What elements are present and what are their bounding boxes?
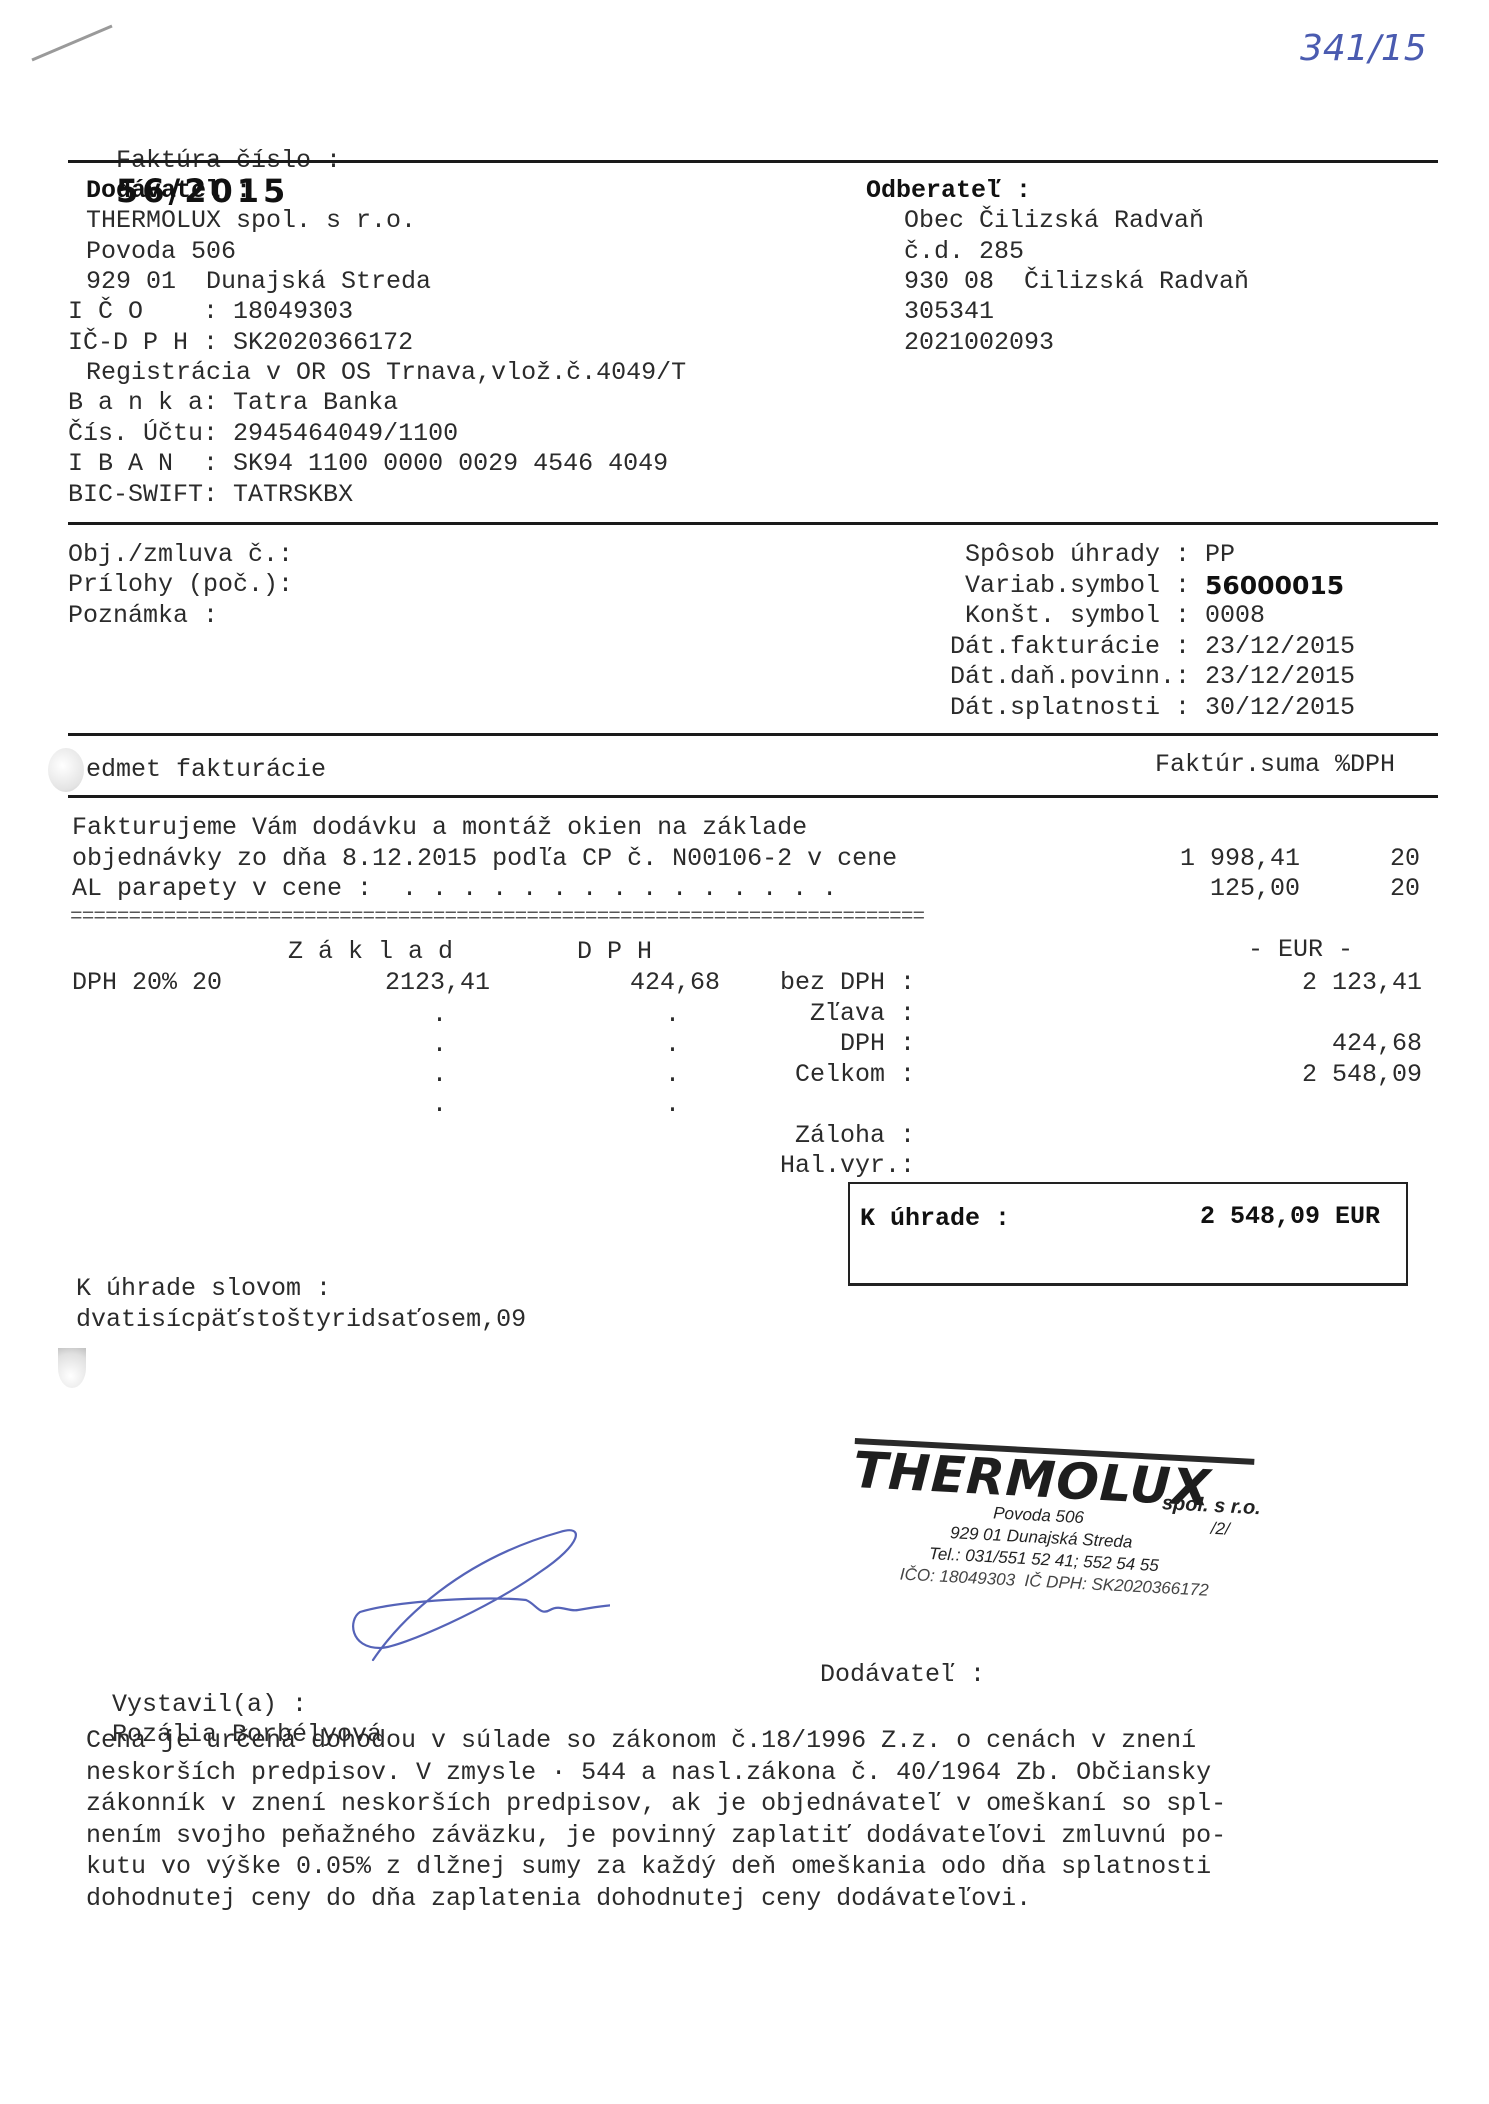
supplier-signature-label: Dodávateľ : <box>820 1660 985 1690</box>
attachments-label: Prílohy (poč.): <box>68 570 293 600</box>
item-description: objednávky zo dňa 8.12.2015 podľa CP č. … <box>72 844 897 874</box>
item-amount: 125,00 <box>1150 874 1300 904</box>
supplier-street: Povoda 506 <box>86 237 236 267</box>
supplier-ico: I Č O : 18049303 <box>68 297 353 327</box>
totals-label: Zľava : <box>700 999 915 1029</box>
supplier-iban-value: SK94 1100 0000 0029 4546 4049 <box>233 449 668 478</box>
supplier-account-label: Čís. Účtu: <box>68 419 218 448</box>
items-subject-header: edmet fakturácie <box>86 755 326 785</box>
legal-text-line: Cena je určená dohodou v súlade so zákon… <box>86 1725 1226 1757</box>
payment-info-label: Dát.splatnosti : <box>760 693 1190 723</box>
amount-due-label: K úhrade : <box>860 1204 1010 1234</box>
currency-header: - EUR - <box>1248 935 1353 965</box>
totals-label: Celkom : <box>700 1060 915 1090</box>
payment-info-value: 56000015 <box>1205 571 1344 601</box>
amount-due-value: 2 548,09 EUR <box>1080 1202 1380 1232</box>
supplier-registration: Registrácia v OR OS Trnava,vlož.č.4049/T <box>86 358 686 388</box>
amount-due-box: K úhrade : 2 548,09 EUR <box>848 1182 1408 1286</box>
supplier-bank-value: Tatra Banka <box>233 388 398 417</box>
payment-info-label: Dát.daň.povinn.: <box>760 662 1190 692</box>
totals-value: 424,68 <box>1200 1029 1422 1059</box>
payment-info-label: Spôsob úhrady : <box>760 540 1190 570</box>
placeholder-dot: . <box>665 1060 680 1090</box>
supplier-account: Čís. Účtu: 2945464049/1100 <box>68 419 458 449</box>
payment-info-label: Dát.fakturácie : <box>760 632 1190 662</box>
legal-text-line: zákonník v znení neskorších predpisov, a… <box>86 1788 1226 1820</box>
totals-value: 2 123,41 <box>1200 968 1422 998</box>
supplier-icdph-value: SK2020366172 <box>233 328 413 357</box>
supplier-icdph: IČ-D P H : SK2020366172 <box>68 328 413 358</box>
item-vat-rate: 20 <box>1360 874 1420 904</box>
supplier-bic-value: TATRSKBX <box>233 480 353 509</box>
amount-in-words-value: dvatisícpäťstoštyridsaťosem,09 <box>76 1305 526 1335</box>
legal-text-line: dohodnutej ceny do dňa zaplatenia dohodn… <box>86 1883 1226 1915</box>
totals-label: DPH : <box>700 1029 915 1059</box>
issued-by-label: Vystavil(a) : <box>112 1690 307 1719</box>
divider-rule <box>68 522 1438 525</box>
legal-text-line: neskorších predpisov. V zmysle · 544 a n… <box>86 1757 1226 1789</box>
vat-row-label: DPH 20% 20 <box>72 968 222 998</box>
legal-terms: Cena je určená dohodou v súlade so zákon… <box>86 1725 1226 1914</box>
supplier-ico-value: 18049303 <box>233 297 353 326</box>
payment-info-value: 23/12/2015 <box>1205 662 1355 692</box>
item-description: Fakturujeme Vám dodávku a montáž okien n… <box>72 813 807 843</box>
hole-punch-mark <box>58 1348 86 1388</box>
item-description: AL parapety v cene : . . . . . . . . . .… <box>72 874 837 904</box>
legal-text-line: nením svojho peňažného záväzku, je povin… <box>86 1820 1226 1852</box>
note-label: Poznámka : <box>68 601 218 631</box>
placeholder-dot: . <box>665 1000 680 1030</box>
payment-info-label: Konšt. symbol : <box>760 601 1190 631</box>
customer-street: č.d. 285 <box>904 237 1024 267</box>
supplier-ico-label: I Č O : <box>68 297 218 326</box>
customer-dic: 2021002093 <box>904 328 1054 358</box>
stamp-code: /2/ <box>1210 1519 1230 1540</box>
item-amount: 1 998,41 <box>1150 844 1300 874</box>
signature <box>340 1520 610 1670</box>
legal-text-line: kutu vo výške 0.05% z dlžnej sumy za kaž… <box>86 1851 1226 1883</box>
payment-info-value: 30/12/2015 <box>1205 693 1355 723</box>
customer-ico: 305341 <box>904 297 994 327</box>
vat-row-vat: 424,68 <box>570 968 720 998</box>
totals-label: bez DPH : <box>700 968 915 998</box>
divider-rule <box>68 160 1438 163</box>
totals-label: Záloha : <box>700 1121 915 1151</box>
supplier-bank: B a n k a: Tatra Banka <box>68 388 398 418</box>
payment-info-value: 23/12/2015 <box>1205 632 1355 662</box>
stamp-street: Povoda 506 <box>993 1503 1085 1528</box>
totals-label: Hal.vyr.: <box>700 1151 915 1181</box>
payment-info-label: Variab.symbol : <box>760 571 1190 601</box>
supplier-bic-label: BIC-SWIFT: <box>68 480 218 509</box>
placeholder-dot: . <box>432 1090 447 1120</box>
totals-value: 2 548,09 <box>1200 1060 1422 1090</box>
supplier-bank-label: B a n k a: <box>68 388 218 417</box>
supplier-name: THERMOLUX spol. s r.o. <box>86 206 416 236</box>
hole-punch-mark <box>48 748 84 792</box>
payment-info-value: 0008 <box>1205 601 1265 631</box>
supplier-icdph-label: IČ-D P H : <box>68 328 218 357</box>
placeholder-dot: . <box>432 1000 447 1030</box>
vat-amount-header: D P H <box>577 937 652 967</box>
company-stamp: THERMOLUX spol. s r.o. Povoda 506 /2/ 92… <box>847 1438 1294 1611</box>
items-amount-vat-header: Faktúr.suma %DPH <box>1155 750 1395 780</box>
placeholder-dot: . <box>432 1060 447 1090</box>
contract-label: Obj./zmluva č.: <box>68 540 293 570</box>
divider-rule <box>68 795 1438 798</box>
supplier-city: 929 01 Dunajská Streda <box>86 267 431 297</box>
vat-row-base: 2123,41 <box>340 968 490 998</box>
supplier-heading: Dodávateľ : <box>86 176 251 206</box>
payment-info-value: PP <box>1205 540 1235 570</box>
customer-heading: Odberateľ : <box>866 176 1031 206</box>
placeholder-dot: . <box>665 1030 680 1060</box>
stamp-suffix: spol. s r.o. <box>1161 1492 1261 1520</box>
supplier-iban-label: I B A N : <box>68 449 218 478</box>
double-separator: ========================================… <box>70 903 924 933</box>
amount-in-words-label: K úhrade slovom : <box>76 1274 331 1304</box>
placeholder-dot: . <box>432 1030 447 1060</box>
supplier-iban: I B A N : SK94 1100 0000 0029 4546 4049 <box>68 449 668 479</box>
item-vat-rate: 20 <box>1360 844 1420 874</box>
supplier-account-value: 2945464049/1100 <box>233 419 458 448</box>
customer-city: 930 08 Čilizská Radvaň <box>904 267 1249 297</box>
divider-rule <box>68 733 1438 736</box>
customer-name: Obec Čilizská Radvaň <box>904 206 1204 236</box>
supplier-bic: BIC-SWIFT: TATRSKBX <box>68 480 353 510</box>
vat-base-header: Z á k l a d <box>288 937 453 967</box>
placeholder-dot: . <box>665 1090 680 1120</box>
pen-mark <box>28 18 118 63</box>
handwritten-reference-note: 341/15 <box>1300 28 1427 69</box>
